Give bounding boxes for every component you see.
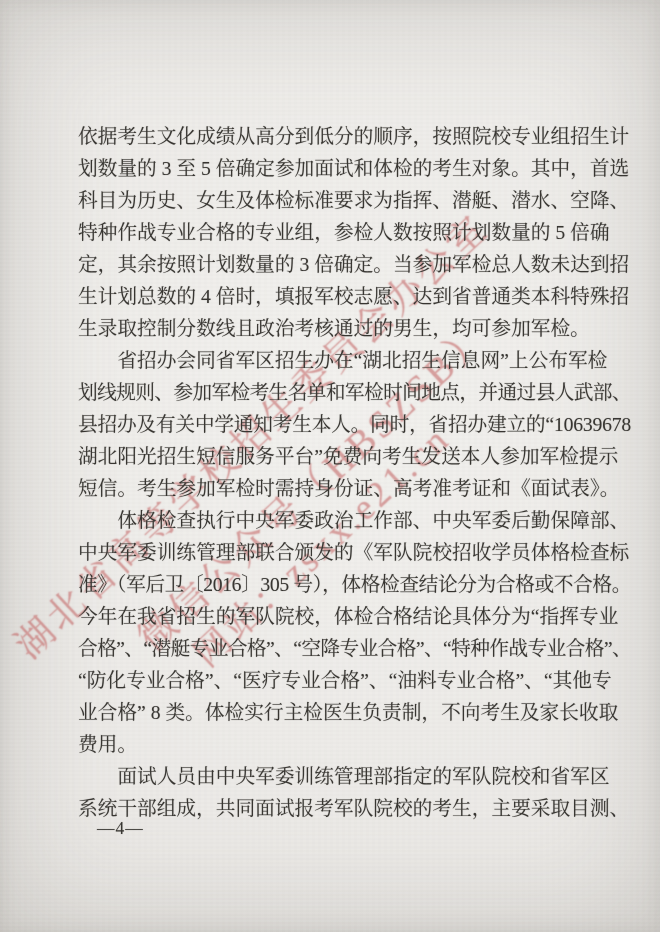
body-line: 短信。考生参加军检时需持身份证、高考准考证和《面试表》。 <box>78 473 631 505</box>
body-line: 科目为历史、女生及体检标准要求为指挥、潜艇、潜水、空降、 <box>78 185 631 217</box>
page-number: —4— <box>97 816 144 840</box>
body-line: 省招办会同省军区招生办在“湖北招生信息网”上公布军检 <box>78 345 631 377</box>
body-line: 生录取控制分数线且政治考核通过的男生，均可参加军检。 <box>78 313 631 345</box>
body-line: 费用。 <box>78 729 631 761</box>
body-line: 中央军委训练管理部联合颁发的《军队院校招收学员体格检查标 <box>78 537 631 569</box>
body-line: 县招办及有关中学通知考生本人。同时，省招办建立的“10639678 <box>78 409 631 441</box>
body-line: 划线规则、参加军检考生名单和军检时间地点，并通过县人武部、 <box>78 377 631 409</box>
body-line: 体格检查执行中央军委政治工作部、中央军委后勤保障部、 <box>78 505 631 537</box>
body-line: 合格”、“潜艇专业合格”、“空降专业合格”、“特种作战专业合格”、 <box>78 633 631 665</box>
body-line: 准》（军后卫〔2016〕305 号），体格检查结论分为合格或不合格。 <box>78 569 631 601</box>
body-line: 面试人员由中央军委训练管理部指定的军队院校和省军区 <box>78 761 631 793</box>
body-line: 系统干部组成，共同面试报考军队院校的考生，主要采取目测、 <box>78 793 631 825</box>
body-line: 划数量的 3 至 5 倍确定参加面试和体检的考生对象。其中，首选 <box>78 153 631 185</box>
document-body: 依据考生文化成绩从高分到低分的顺序，按照院校专业组招生计划数量的 3 至 5 倍… <box>78 121 631 825</box>
body-line: 今年在我省招生的军队院校，体检合格结论具体分为“指挥专业 <box>78 601 631 633</box>
body-line: 特种作战专业合格的专业组，参检人数按照计划数量的 5 倍确 <box>78 217 631 249</box>
body-line: 业合格” 8 类。体检实行主检医生负责制，不向考生及家长收取 <box>78 697 631 729</box>
body-line: “防化专业合格”、“医疗专业合格”、“油料专业合格”、“其他专 <box>78 665 631 697</box>
body-line: 湖北阳光招生短信服务平台”免费向考生发送本人参加军检提示 <box>78 441 631 473</box>
body-line: 生计划总数的 4 倍时，填报军校志愿、达到省普通类本科特殊招 <box>78 281 631 313</box>
body-line: 依据考生文化成绩从高分到低分的顺序，按照院校专业组招生计 <box>78 121 631 153</box>
body-line: 定，其余按照计划数量的 3 倍确定。当参加军检总人数未达到招 <box>78 249 631 281</box>
scanned-document-page: 湖北省高等学校招生委员会办公室 微信公众号（HBSZSB） 网站：zsxx.e2… <box>0 0 660 932</box>
